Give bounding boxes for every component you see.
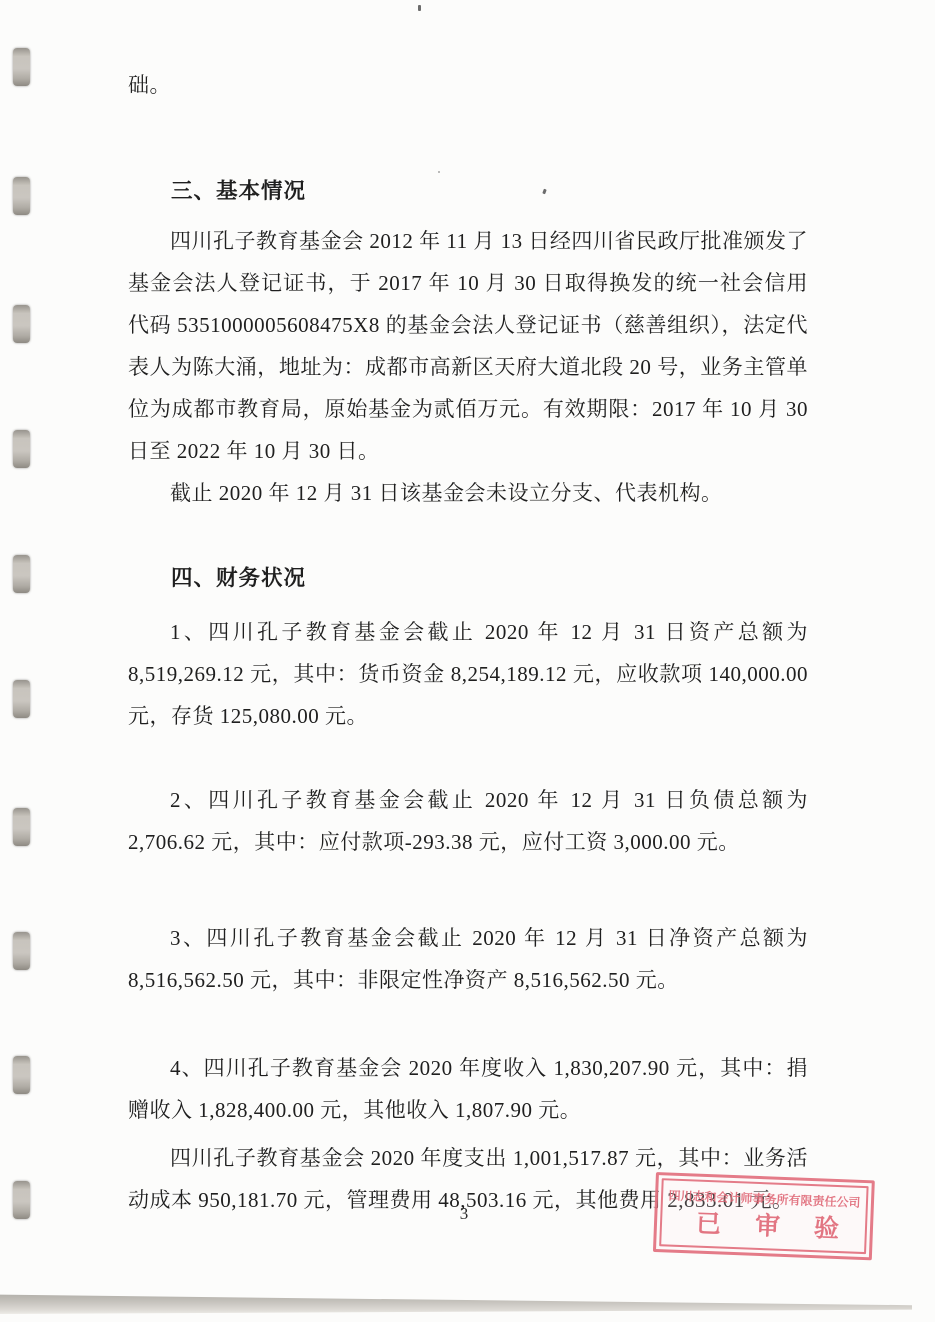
audit-stamp-status-text: 已审验 [662, 1210, 866, 1245]
paragraph-annual-income: 4、四川孔子教育基金会 2020 年度收入 1,830,207.90 元，其中：… [128, 1047, 808, 1131]
paragraph-registration-info: 四川孔子教育基金会 2012 年 11 月 13 日经四川省民政厅批准颁发了基金… [128, 220, 808, 472]
page-edge-shadow [0, 1292, 912, 1314]
document-body: 础。 三、基本情况 四川孔子教育基金会 2012 年 11 月 13 日经四川省… [128, 0, 808, 1221]
binding-hole-mark [13, 305, 30, 343]
audit-stamp: 四川志和会计师事务所有限责任公司 已审验 [653, 1172, 875, 1260]
paragraph-no-branches: 截止 2020 年 12 月 31 日该基金会未设立分支、代表机构。 [128, 472, 808, 514]
binding-hole-mark [13, 932, 30, 970]
paragraph-total-assets: 1、四川孔子教育基金会截止 2020 年 12 月 31 日资产总额为 8,51… [128, 611, 808, 737]
binding-hole-mark [13, 808, 30, 846]
section-heading-financial-status: 四、财务状况 [128, 557, 808, 599]
scanned-document-page: 础。 三、基本情况 四川孔子教育基金会 2012 年 11 月 13 日经四川省… [0, 0, 935, 1322]
binding-hole-mark [13, 680, 30, 718]
binding-hole-mark [13, 177, 30, 215]
binding-hole-mark [13, 1056, 30, 1094]
carryover-text: 础。 [128, 64, 808, 106]
paragraph-net-assets: 3、四川孔子教育基金会截止 2020 年 12 月 31 日净资产总额为 8,5… [128, 917, 808, 1001]
audit-stamp-company-name: 四川志和会计师事务所有限责任公司 [663, 1188, 866, 1210]
page-number: 3 [452, 1204, 476, 1224]
paragraph-total-liabilities: 2、四川孔子教育基金会截止 2020 年 12 月 31 日负债总额为 2,70… [128, 779, 808, 863]
audit-stamp-inner-border: 四川志和会计师事务所有限责任公司 已审验 [659, 1178, 868, 1254]
binding-hole-mark [13, 1181, 30, 1219]
section-heading-basic-info: 三、基本情况 [128, 170, 808, 212]
binding-hole-mark [13, 555, 30, 593]
binding-hole-mark [13, 48, 30, 86]
binding-hole-mark [13, 430, 30, 468]
